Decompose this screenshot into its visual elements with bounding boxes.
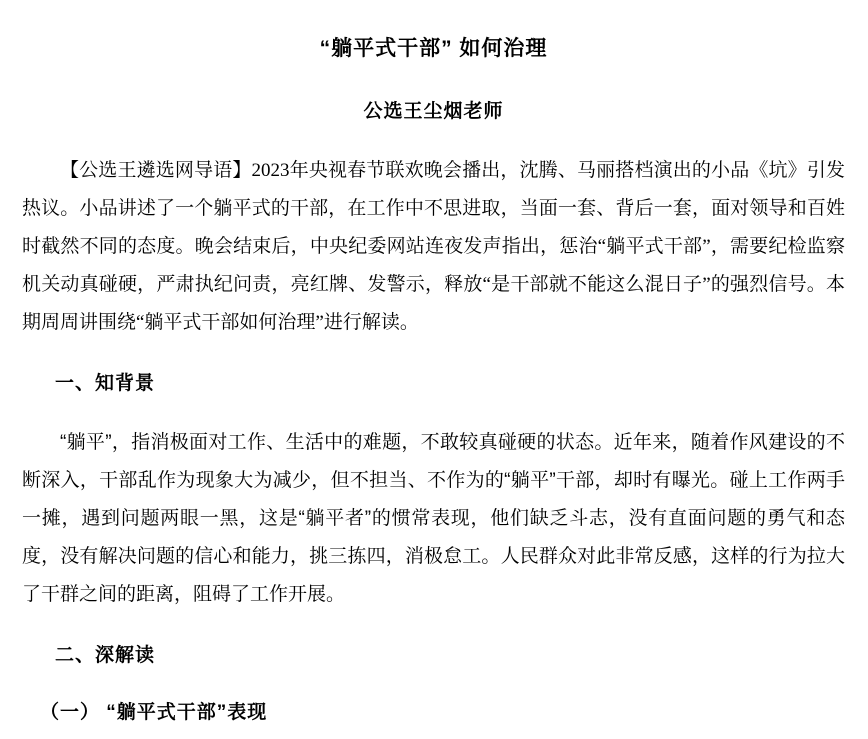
section-2-subheading: （一） “躺平式干部”表现 xyxy=(40,701,845,725)
section-2-heading: 二、深解读 xyxy=(55,644,845,668)
section-1-heading: 一、知背景 xyxy=(55,372,845,396)
section-1-paragraph: “躺平”，指消极面对工作、生活中的难题，不敢较真碰硬的状态。近年来，随着作风建设… xyxy=(22,424,845,614)
document-page: “躺平式干部” 如何治理 公选王尘烟老师 【公选王遴选网导语】2023年央视春节… xyxy=(0,0,868,739)
document-author: 公选王尘烟老师 xyxy=(22,100,845,124)
document-title: “躺平式干部” 如何治理 xyxy=(22,36,845,62)
intro-paragraph: 【公选王遴选网导语】2023年央视春节联欢晚会播出，沈腾、马丽搭档演出的小品《坑… xyxy=(22,152,845,342)
